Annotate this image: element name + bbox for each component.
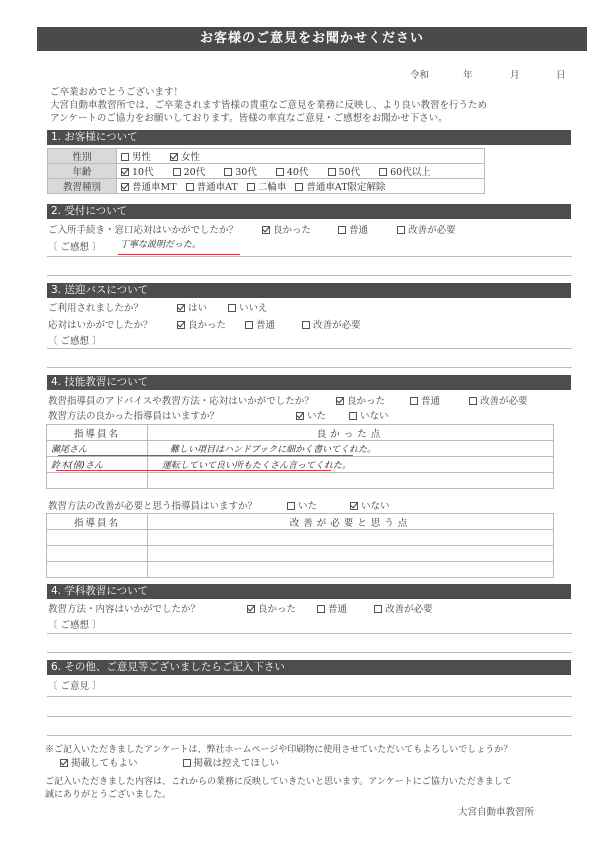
course-type-label: 教習種別 [48, 179, 117, 194]
improve-point-cell[interactable] [148, 562, 554, 578]
academic-options: 良かった 普通 改善が必要 [247, 601, 447, 615]
section-4-header: 4. 技能教習について [47, 375, 571, 390]
instructor-name-cell[interactable] [47, 473, 148, 489]
good-instructor-yes-option[interactable]: いた [296, 408, 326, 422]
date-day: 日 [556, 67, 566, 81]
checkbox-checked-icon[interactable] [121, 183, 129, 191]
table-header-row: 指導員名 改善が必要と思う点 [47, 514, 554, 530]
reception-question: ご入所手続き・窓口応対はいかがでしたか？ [48, 222, 238, 236]
course-at-option[interactable]: 普通車AT [186, 179, 238, 193]
checkbox-icon[interactable] [247, 183, 255, 191]
checkbox-checked-icon[interactable] [121, 168, 129, 176]
comment-line [47, 367, 572, 368]
reception-good-option[interactable]: 良かった [262, 222, 311, 236]
comment-line [47, 256, 572, 257]
age-30s-option[interactable]: 30代 [224, 164, 257, 178]
consent-question: ※ご記入いただきましたアンケートは、弊社ホームページや印刷物に使用させていただい… [45, 742, 512, 755]
page-title: お客様のご意見をお聞かせください [37, 27, 587, 51]
bus-service-normal-option[interactable]: 普通 [245, 317, 275, 331]
reception-improve-option[interactable]: 改善が必要 [397, 222, 456, 236]
academic-improve-option[interactable]: 改善が必要 [374, 601, 433, 615]
checkbox-icon[interactable] [173, 168, 181, 176]
checkbox-checked-icon[interactable] [296, 412, 304, 420]
checkbox-icon[interactable] [228, 304, 236, 312]
intro-line-3: アンケートのご協力をお願いしております。皆様の率直なご意見・ご感想をお聞かせ下さ… [50, 110, 448, 124]
age-label: 年齢 [48, 164, 117, 179]
gender-row: 性別 男性 女性 [48, 149, 485, 164]
improve-point-cell[interactable] [148, 530, 554, 546]
checkbox-icon[interactable] [317, 605, 325, 613]
comment-line [47, 735, 572, 736]
comment-line [47, 348, 572, 349]
checkbox-checked-icon[interactable] [350, 502, 358, 510]
academic-question: 教習方法・内容はいかがでしたか？ [48, 601, 200, 615]
good-instructor-options: いた いない [296, 408, 403, 422]
bus-use-question: ご利用されましたか？ [48, 300, 143, 314]
checkbox-icon[interactable] [379, 168, 387, 176]
reception-options: 良かった 普通 改善が必要 [262, 222, 470, 236]
checkbox-icon[interactable] [374, 605, 382, 613]
reception-comment-label: 〔 ご感想 〕 [48, 239, 102, 253]
instruction-question: 教習指導員のアドバイスや教習方法・応対はいかがでしたか？ [48, 393, 314, 407]
checkbox-icon[interactable] [302, 321, 310, 329]
intro-line-2: 大宮自動車教習所では、ご卒業されます皆様の貴重なご意見を業務に反映し、より良い教… [50, 97, 487, 111]
improve-point-cell[interactable] [148, 546, 554, 562]
instructor-name-cell[interactable] [47, 546, 148, 562]
table-header-row: 指導員名 良かった点 [47, 425, 554, 441]
checkbox-icon[interactable] [295, 183, 303, 191]
checkbox-icon[interactable] [276, 168, 284, 176]
checkbox-icon[interactable] [328, 168, 336, 176]
good-points-header: 良かった点 [148, 425, 554, 441]
age-20s-option[interactable]: 20代 [173, 164, 206, 178]
good-instructor-question: 教習方法の良かった指導員はいますか？ [48, 408, 219, 422]
date-era: 令和 [410, 67, 429, 81]
reception-comment[interactable]: 丁寧な説明だった。 [120, 237, 201, 250]
table-row [47, 546, 554, 562]
bus-service-good-option[interactable]: 良かった [177, 317, 226, 331]
checkbox-icon[interactable] [183, 759, 191, 767]
academic-good-option[interactable]: 良かった [247, 601, 296, 615]
course-mt-option[interactable]: 普通車MT [121, 179, 177, 193]
improve-instructor-no-option[interactable]: いない [350, 498, 390, 512]
highlight-underline [58, 455, 353, 456]
table-row [47, 473, 554, 489]
checkbox-icon[interactable] [224, 168, 232, 176]
improve-instructor-question: 教習方法の改善が必要と思う指導員はいますか？ [48, 498, 257, 512]
checkbox-checked-icon[interactable] [177, 321, 185, 329]
other-comment-label: 〔 ご意見 〕 [48, 678, 102, 692]
bus-use-no-option[interactable]: いいえ [228, 300, 268, 314]
consent-options: 掲載してもよい 掲載は控えてほしい [60, 755, 293, 769]
checkbox-checked-icon[interactable] [170, 153, 178, 161]
age-options: 10代 20代 30代 40代 50代 60代以上 [117, 164, 485, 179]
closing-line-1: ご記入いただきました内容は、これからの業務に反映していきたいと思います。アンケー… [45, 774, 512, 787]
checkbox-checked-icon[interactable] [262, 226, 270, 234]
consent-allow-option[interactable]: 掲載してもよい [60, 755, 138, 769]
checkbox-checked-icon[interactable] [60, 759, 68, 767]
improve-instructor-table: 指導員名 改善が必要と思う点 [46, 513, 554, 578]
age-60s-plus-option[interactable]: 60代以上 [379, 164, 431, 178]
checkbox-checked-icon[interactable] [247, 605, 255, 613]
checkbox-icon[interactable] [245, 321, 253, 329]
section-2-header: 2. 受付について [47, 204, 571, 219]
course-motorcycle-option[interactable]: 二輪車 [247, 179, 287, 193]
academic-normal-option[interactable]: 普通 [317, 601, 347, 615]
section-6-header: 6. その他、ご意見等ございましたらご記入下さい [47, 660, 571, 675]
gender-female-option[interactable]: 女性 [170, 149, 200, 163]
improve-instructor-yes-option[interactable]: いた [287, 498, 317, 512]
consent-deny-option[interactable]: 掲載は控えてほしい [183, 755, 280, 769]
comment-line [47, 275, 572, 276]
gender-label: 性別 [48, 149, 117, 164]
age-row: 年齢 10代 20代 30代 40代 50代 60代以上 [48, 164, 485, 179]
course-type-options: 普通車MT 普通車AT 二輪車 普通車AT限定解除 [117, 179, 485, 194]
bus-use-options: はい いいえ [177, 300, 282, 314]
bus-service-question: 応対はいかがでしたか？ [48, 317, 153, 331]
gender-options: 男性 女性 [117, 149, 485, 164]
checkbox-icon[interactable] [397, 226, 405, 234]
age-10s-option[interactable]: 10代 [121, 164, 154, 178]
bus-service-options: 良かった 普通 改善が必要 [177, 317, 375, 331]
comment-line [47, 633, 572, 634]
bus-service-improve-option[interactable]: 改善が必要 [302, 317, 361, 331]
checkbox-icon[interactable] [287, 502, 295, 510]
gender-male-option[interactable]: 男性 [121, 149, 151, 163]
good-point-cell[interactable] [148, 473, 554, 489]
age-40s-option[interactable]: 40代 [276, 164, 309, 178]
comment-line [47, 696, 572, 697]
instruction-good-option[interactable]: 良かった [336, 393, 385, 407]
improve-points-header: 改善が必要と思う点 [148, 514, 554, 530]
section-3-header: 3. 送迎バスについて [47, 283, 571, 298]
customer-info-table: 性別 男性 女性 年齢 10代 20代 30代 40代 50代 60代以上 教習… [47, 148, 485, 194]
comment-line [47, 716, 572, 717]
reception-normal-option[interactable]: 普通 [338, 222, 368, 236]
highlight-underline [56, 470, 331, 471]
instruction-improve-option[interactable]: 改善が必要 [469, 393, 528, 407]
improve-instructor-options: いた いない [287, 498, 404, 512]
instructor-name-cell[interactable] [47, 530, 148, 546]
checkbox-icon[interactable] [469, 397, 477, 405]
good-instructor-table: 指導員名 良かった点 瀬尾さん 難しい項目はハンドブックに細かく書いてくれた。 … [46, 424, 554, 489]
comment-line [47, 652, 572, 653]
checkbox-icon[interactable] [349, 412, 357, 420]
signature: 大宮自動車教習所 [458, 804, 534, 818]
good-instructor-no-option[interactable]: いない [349, 408, 389, 422]
table-row [47, 530, 554, 546]
instructor-name-header: 指導員名 [47, 514, 148, 530]
table-row [47, 562, 554, 578]
bus-use-yes-option[interactable]: はい [177, 300, 207, 314]
instructor-name-header: 指導員名 [47, 425, 148, 441]
section-1-header: 1. お客様について [47, 130, 571, 145]
section-academic-header: 4. 学科教習について [47, 584, 571, 599]
intro-line-1: ご卒業おめでとうございます！ [50, 84, 183, 98]
date-year: 年 [463, 67, 473, 81]
checkbox-icon[interactable] [121, 153, 129, 161]
closing-line-2: 誠にありがとうございました。 [45, 787, 171, 800]
checkbox-icon[interactable] [410, 397, 418, 405]
course-at-release-option[interactable]: 普通車AT限定解除 [295, 179, 385, 193]
course-type-row: 教習種別 普通車MT 普通車AT 二輪車 普通車AT限定解除 [48, 179, 485, 194]
instruction-options: 良かった 普通 改善が必要 [336, 393, 542, 407]
checkbox-icon[interactable] [338, 226, 346, 234]
highlight-underline [118, 254, 240, 255]
instruction-normal-option[interactable]: 普通 [410, 393, 440, 407]
instructor-name-cell[interactable] [47, 562, 148, 578]
academic-comment-label: 〔 ご感想 〕 [48, 617, 102, 631]
checkbox-icon[interactable] [186, 183, 194, 191]
checkbox-checked-icon[interactable] [177, 304, 185, 312]
date-month: 月 [510, 67, 520, 81]
bus-comment-label: 〔 ご感想 〕 [48, 333, 102, 347]
age-50s-option[interactable]: 50代 [328, 164, 361, 178]
checkbox-checked-icon[interactable] [336, 397, 344, 405]
